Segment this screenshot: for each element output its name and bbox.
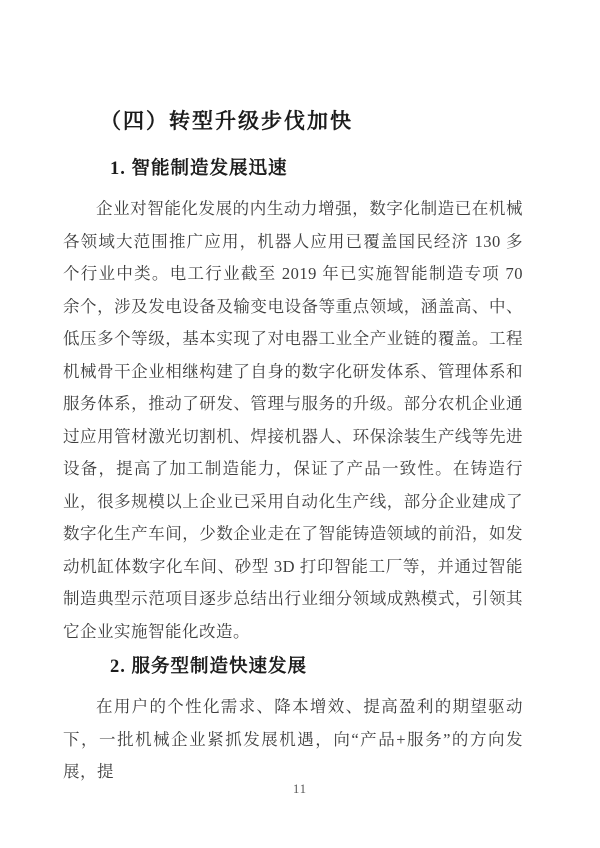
subsection-1-heading: 1. 智能制造发展迅速 <box>110 158 523 181</box>
page-content: （四）转型升级步伐加快 1. 智能制造发展迅速 企业对智能化发展的内生动力增强，… <box>63 108 523 789</box>
subsection-1-paragraph: 企业对智能化发展的内生动力增强，数字化制造已在机械各领域大范围推广应用，机器人应… <box>63 193 523 648</box>
section-heading: （四）转型升级步伐加快 <box>100 108 523 134</box>
page-number: 11 <box>0 782 600 797</box>
document-page: （四）转型升级步伐加快 1. 智能制造发展迅速 企业对智能化发展的内生动力增强，… <box>0 0 600 848</box>
subsection-2-heading: 2. 服务型制造快速发展 <box>110 656 523 679</box>
subsection-2-paragraph: 在用户的个性化需求、降本增效、提高盈利的期望驱动下，一批机械企业紧抓发展机遇，向… <box>63 691 523 789</box>
